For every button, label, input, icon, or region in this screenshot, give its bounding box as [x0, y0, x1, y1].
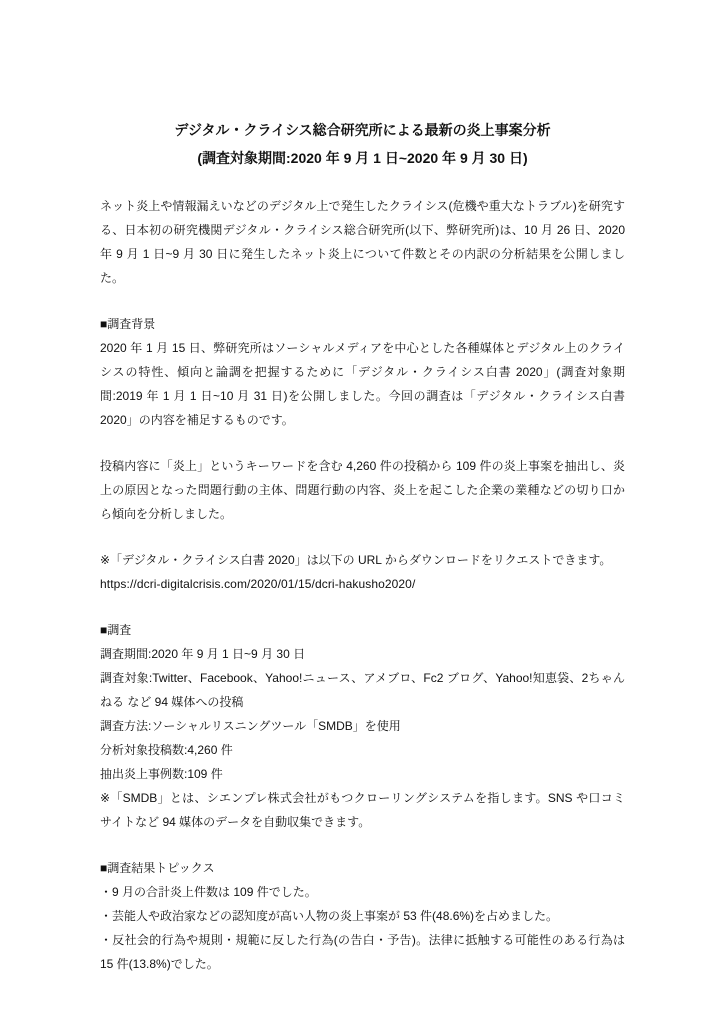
- paragraph: ※「デジタル・クライシス白書 2020」は以下の URL からダウンロードをリク…: [100, 548, 625, 572]
- paragraph: ・9 月の合計炎上件数は 109 件でした。: [100, 880, 625, 904]
- document-body: ネット炎上や情報漏えいなどのデジタル上で発生したクライシス(危機や重大なトラブル…: [100, 194, 625, 976]
- document-title: デジタル・クライシス総合研究所による最新の炎上事案分析: [100, 116, 625, 144]
- blank-line: [100, 834, 625, 856]
- paragraph: 調査方法:ソーシャルリスニングツール「SMDB」を使用: [100, 714, 625, 738]
- blank-line: [100, 432, 625, 454]
- paragraph: ※「SMDB」とは、シエンプレ株式会社がもつクローリングシステムを指します。SN…: [100, 786, 625, 834]
- paragraph: ・芸能人や政治家などの認知度が高い人物の炎上事案が 53 件(48.6%)を占め…: [100, 904, 625, 928]
- blank-line: [100, 596, 625, 618]
- section-heading: ■調査結果トピックス: [100, 856, 625, 880]
- paragraph: ネット炎上や情報漏えいなどのデジタル上で発生したクライシス(危機や重大なトラブル…: [100, 194, 625, 290]
- section-heading: ■調査: [100, 618, 625, 642]
- blank-line: [100, 526, 625, 548]
- paragraph: 投稿内容に「炎上」というキーワードを含む 4,260 件の投稿から 109 件の…: [100, 454, 625, 526]
- paragraph: 2020 年 1 月 15 日、弊研究所はソーシャルメディアを中心とした各種媒体…: [100, 336, 625, 432]
- paragraph: 調査対象:Twitter、Facebook、Yahoo!ニュース、アメブロ、Fc…: [100, 666, 625, 714]
- document-page: デジタル・クライシス総合研究所による最新の炎上事案分析 (調査対象期間:2020…: [0, 0, 724, 1024]
- section-heading: ■調査背景: [100, 312, 625, 336]
- whitepaper-url: https://dcri-digitalcrisis.com/2020/01/1…: [100, 572, 625, 596]
- document-subtitle: (調査対象期間:2020 年 9 月 1 日~2020 年 9 月 30 日): [100, 144, 625, 172]
- paragraph: 分析対象投稿数:4,260 件: [100, 738, 625, 762]
- paragraph: ・反社会的行為や規則・規範に反した行為(の告白・予告)。法律に抵触する可能性のあ…: [100, 928, 625, 976]
- paragraph: 調査期間:2020 年 9 月 1 日~9 月 30 日: [100, 642, 625, 666]
- paragraph: 抽出炎上事例数:109 件: [100, 762, 625, 786]
- blank-line: [100, 290, 625, 312]
